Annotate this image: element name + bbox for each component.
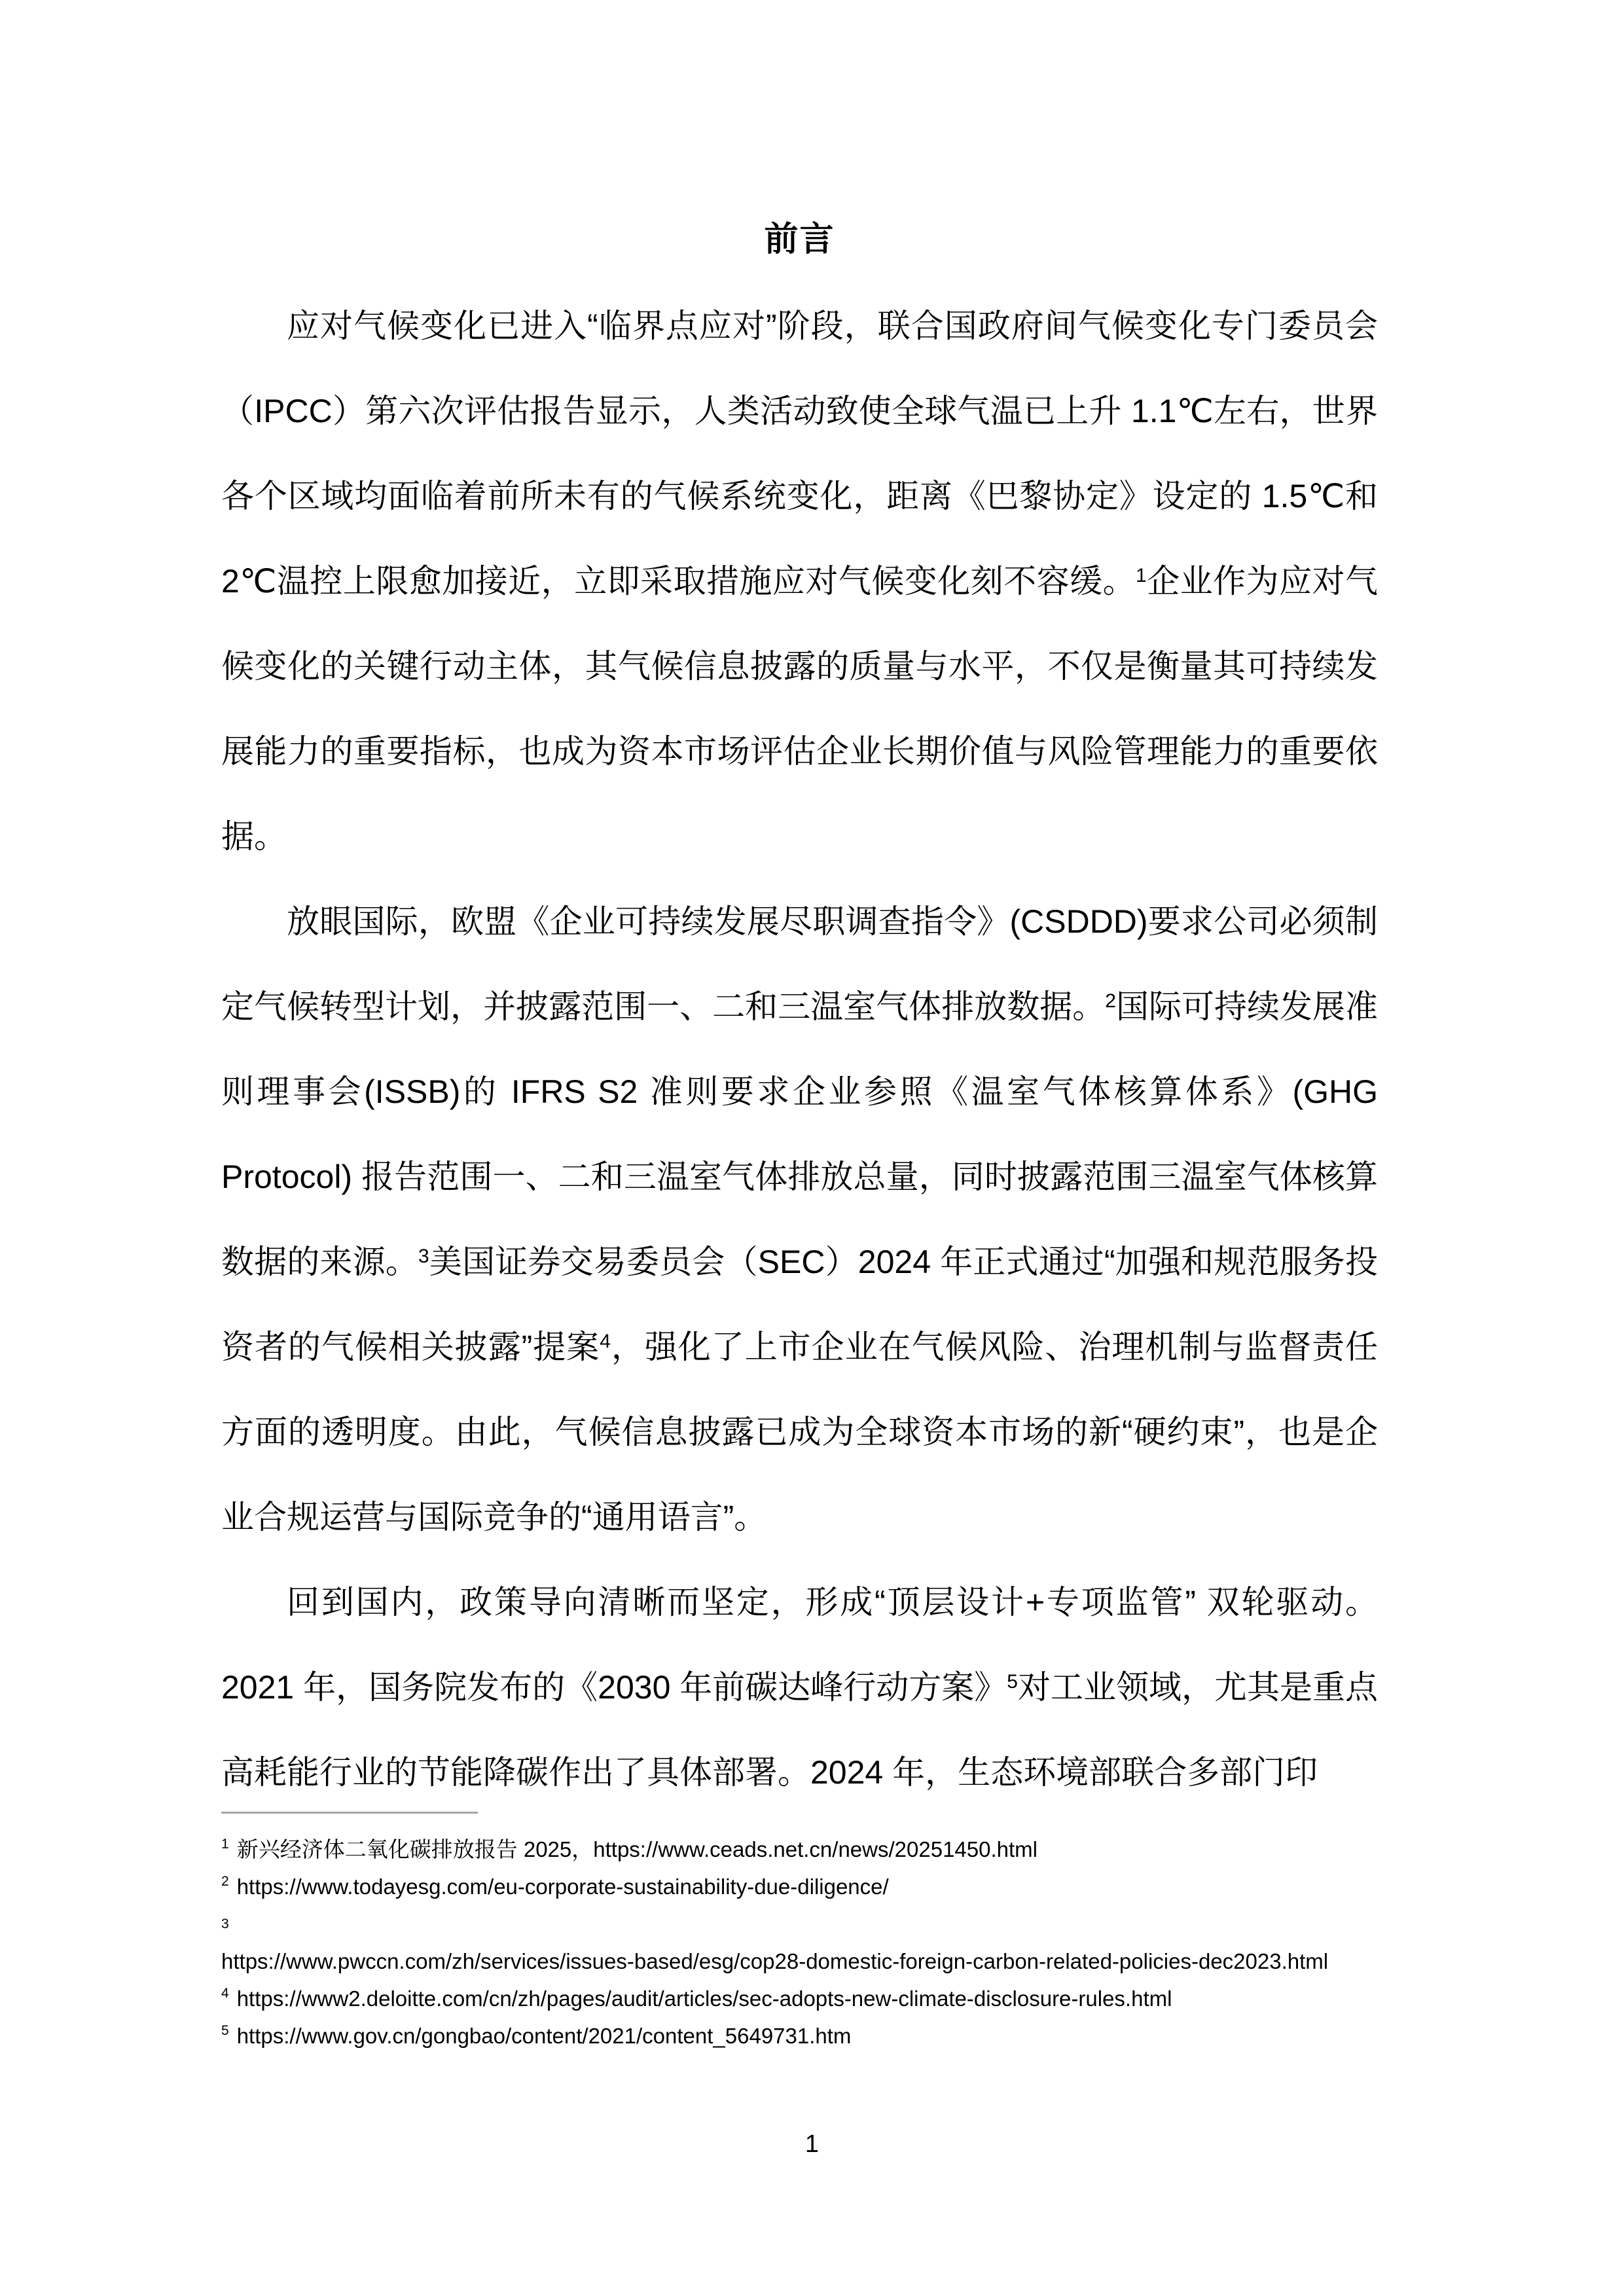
footnote-ref-3: 3 bbox=[418, 1246, 429, 1267]
footnote-4-text: https://www2.deloitte.com/cn/zh/pages/au… bbox=[237, 1986, 1172, 2011]
paragraph-1: 应对气候变化已进入“临界点应对”阶段，联合国政府间气候变化专门委员会（IPCC）… bbox=[221, 283, 1378, 879]
paragraph-2-text: 国际可持续发展准则理事会(ISSB)的 IFRS S2 准则要求企业参照《温室气… bbox=[221, 988, 1378, 1280]
footnote-2-marker: 2 bbox=[221, 1874, 229, 1889]
footnote-separator bbox=[221, 1812, 478, 1814]
paragraph-1-text: 企业作为应对气候变化的关键行动主体，其气候信息披露的质量与水平，不仅是衡量其可持… bbox=[221, 563, 1378, 855]
footnote-ref-5: 5 bbox=[1007, 1671, 1018, 1693]
footnote-ref-2: 2 bbox=[1105, 990, 1116, 1012]
footnote-4-marker: 4 bbox=[221, 1986, 229, 2001]
footnote-3-text: https://www.pwccn.com/zh/services/issues… bbox=[221, 1943, 1378, 1980]
footnote-3: 3https://www.pwccn.com/zh/services/issue… bbox=[221, 1905, 1378, 1980]
paragraph-1-text: 应对气候变化已进入“临界点应对”阶段，联合国政府间气候变化专门委员会（IPCC）… bbox=[221, 308, 1378, 600]
footnotes-section: 1新兴经济体二氧化碳排放报告 2025，https://www.ceads.ne… bbox=[221, 1812, 1378, 2054]
footnote-2-text: https://www.todayesg.com/eu-corporate-su… bbox=[237, 1874, 889, 1899]
paragraph-2: 放眼国际，欧盟《企业可持续发展尽职调查指令》(CSDDD)要求公司必须制定气候转… bbox=[221, 879, 1378, 1560]
document-content: 前言 应对气候变化已进入“临界点应对”阶段，联合国政府间气候变化专门委员会（IP… bbox=[221, 221, 1378, 1815]
footnote-5-marker: 5 bbox=[221, 2023, 229, 2038]
document-page: 前言 应对气候变化已进入“临界点应对”阶段，联合国政府间气候变化专门委员会（IP… bbox=[0, 0, 1624, 2296]
footnote-5-text: https://www.gov.cn/gongbao/content/2021/… bbox=[237, 2024, 852, 2048]
footnote-ref-1: 1 bbox=[1136, 565, 1147, 586]
footnote-3-marker: 3 bbox=[221, 1905, 1378, 1943]
paragraph-3: 回到国内，政策导向清晰而坚定，形成“顶层设计+专项监管” 双轮驱动。2021 年… bbox=[221, 1560, 1378, 1815]
footnote-ref-4: 4 bbox=[600, 1331, 611, 1352]
footnote-2: 2https://www.todayesg.com/eu-corporate-s… bbox=[221, 1868, 1378, 1905]
footnote-4: 4https://www2.deloitte.com/cn/zh/pages/a… bbox=[221, 1980, 1378, 2017]
page-title: 前言 bbox=[221, 221, 1378, 259]
footnote-1-text: 新兴经济体二氧化碳排放报告 2025，https://www.ceads.net… bbox=[237, 1837, 1038, 1861]
footnote-5: 5https://www.gov.cn/gongbao/content/2021… bbox=[221, 2017, 1378, 2054]
page-number: 1 bbox=[0, 2128, 1624, 2160]
footnote-1: 1新兴经济体二氧化碳排放报告 2025，https://www.ceads.ne… bbox=[221, 1831, 1378, 1868]
footnote-1-marker: 1 bbox=[221, 1837, 229, 1852]
